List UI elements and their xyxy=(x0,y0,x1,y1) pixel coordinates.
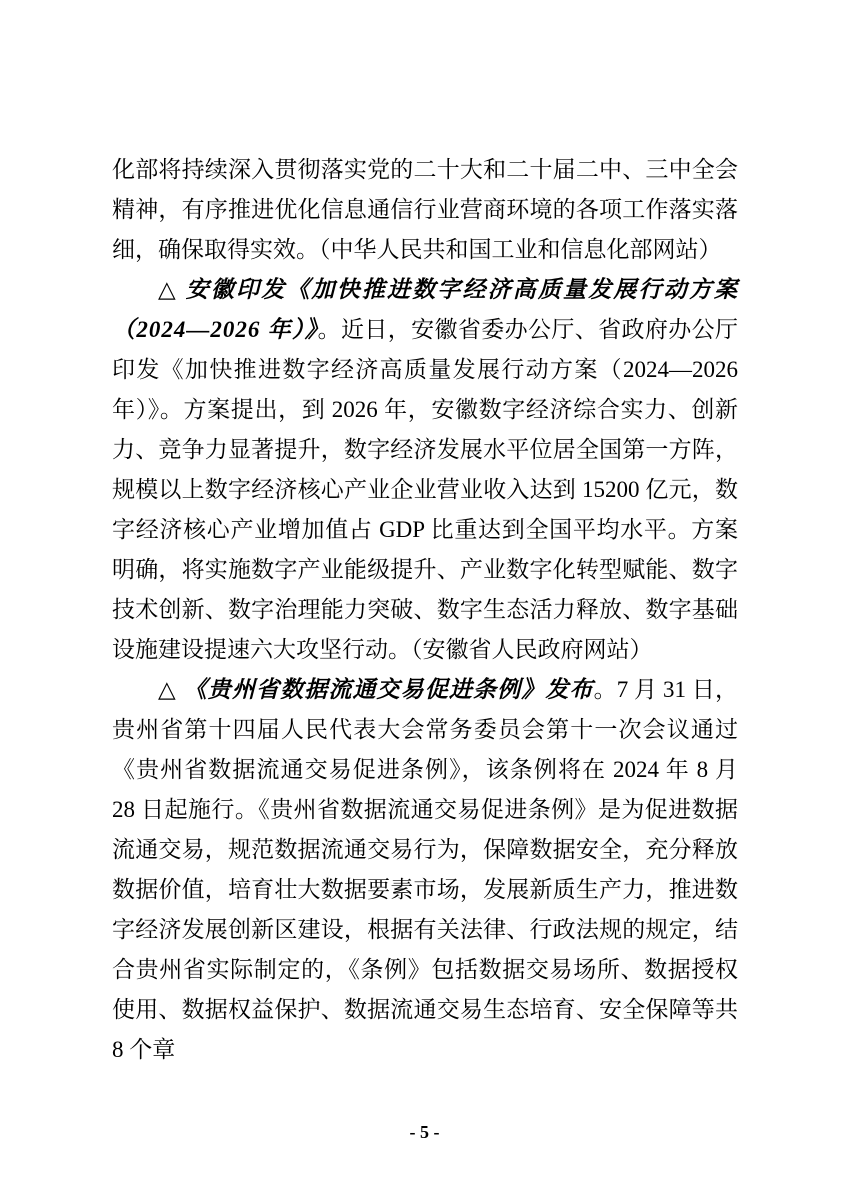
paragraph-text: 。7 月 31 日，贵州省第十四届人民代表大会常务委员会第十一次会议通过《贵州省… xyxy=(112,677,738,1062)
paragraph-heading: △ 《贵州省数据流通交易促进条例》发布 xyxy=(158,677,594,702)
paragraph-text: 。近日，安徽省委办公厅、省政府办公厅印发《加快推进数字经济高质量发展行动方案（2… xyxy=(112,317,738,662)
page-number: - 5 - xyxy=(0,1122,849,1143)
document-body: 化部将持续深入贯彻落实党的二十大和二十届二中、三中全会精神，有序推进优化信息通信… xyxy=(112,150,738,1070)
paragraph-anhui-plan: △ 安徽印发《加快推进数字经济高质量发展行动方案（2024—2026 年）》。近… xyxy=(112,270,738,670)
paragraph-miit-continuation: 化部将持续深入贯彻落实党的二十大和二十届二中、三中全会精神，有序推进优化信息通信… xyxy=(112,150,738,270)
paragraph-text: 化部将持续深入贯彻落实党的二十大和二十届二中、三中全会精神，有序推进优化信息通信… xyxy=(112,157,738,262)
document-page: 化部将持续深入贯彻落实党的二十大和二十届二中、三中全会精神，有序推进优化信息通信… xyxy=(0,0,849,1200)
paragraph-guizhou-regulation: △ 《贵州省数据流通交易促进条例》发布。7 月 31 日，贵州省第十四届人民代表… xyxy=(112,670,738,1070)
